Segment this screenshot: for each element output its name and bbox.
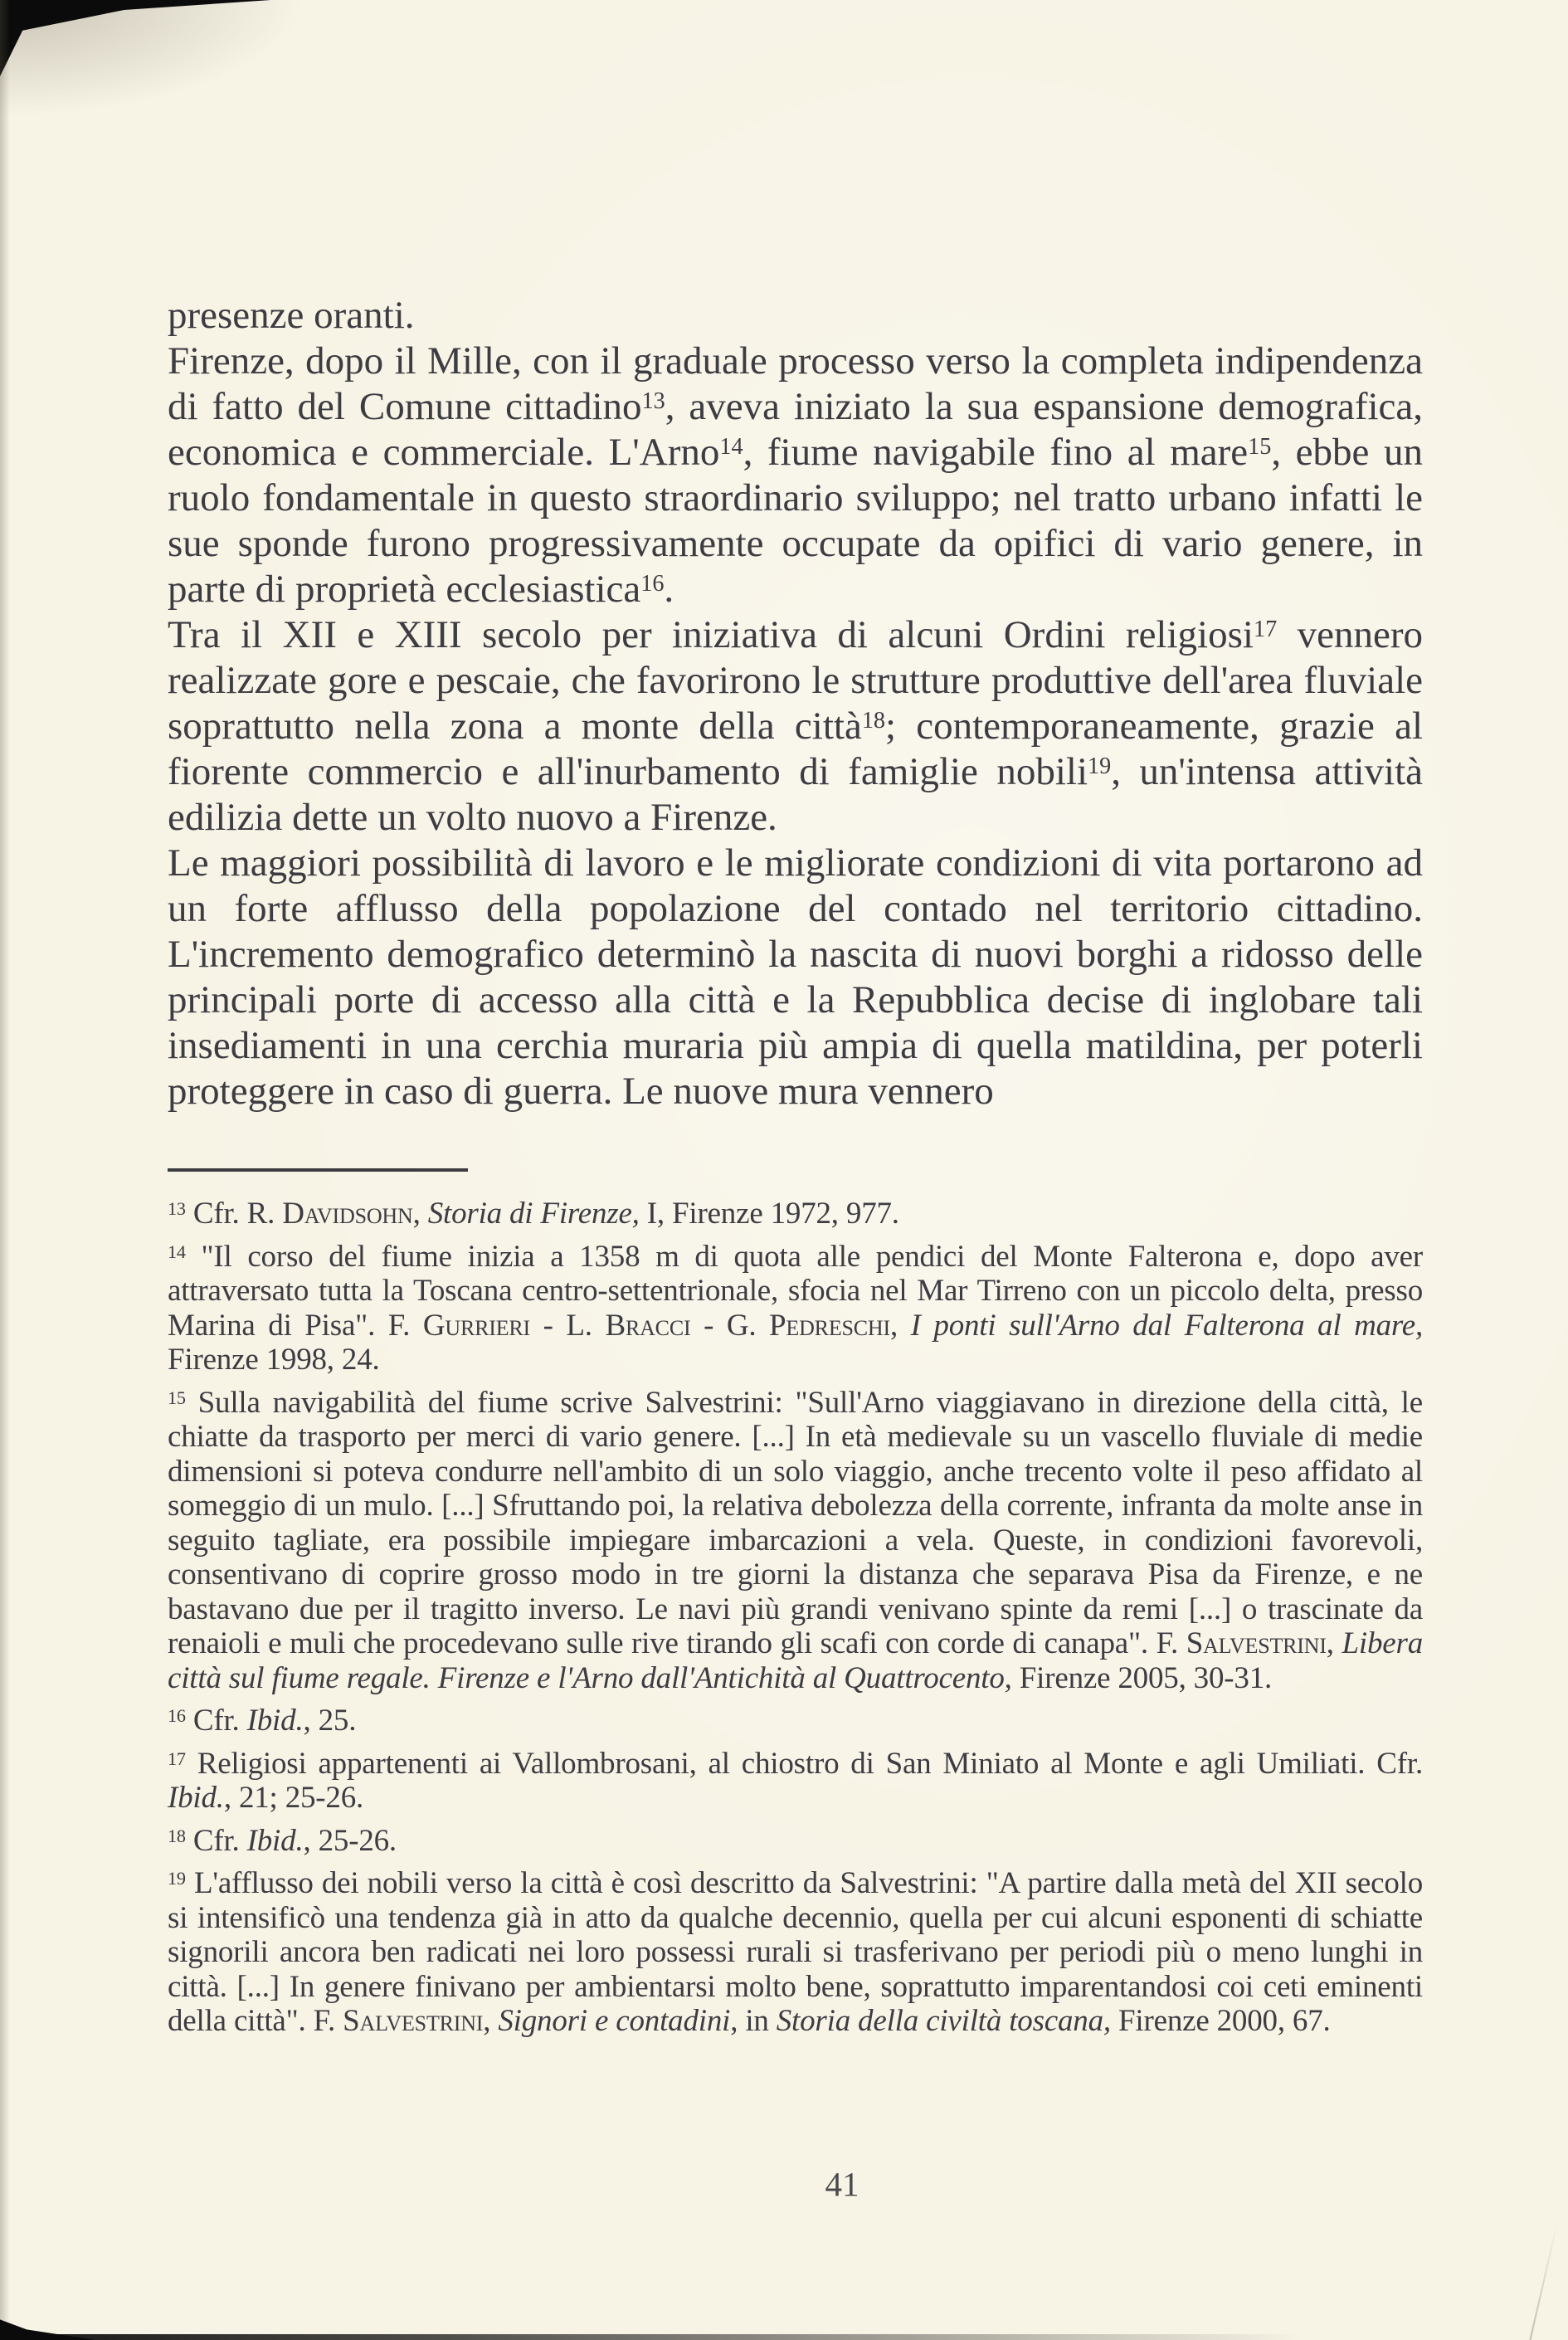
footnote: 15 Sulla navigabilità del fiume scrive S… xyxy=(168,1386,1423,1696)
paper-crease xyxy=(1528,2224,1558,2340)
footnote: 17 Religiosi appartenenti ai Vallombrosa… xyxy=(168,1747,1423,1816)
body-paragraph: Le maggiori possibilità di lavoro e le m… xyxy=(168,841,1423,1114)
scan-edge-bottom xyxy=(0,2334,1303,2340)
body-paragraph: presenze oranti. xyxy=(168,293,1423,339)
body-paragraph: Firenze, dopo il Mille, con il graduale … xyxy=(168,339,1423,612)
footnote: 13 Cfr. R. Davidsohn, Storia di Firenze,… xyxy=(168,1197,1423,1231)
footnotes-block: 13 Cfr. R. Davidsohn, Storia di Firenze,… xyxy=(168,1197,1423,2047)
footnote: 14 "Il corso del fiume inizia a 1358 m d… xyxy=(168,1240,1423,1377)
main-text-block: presenze oranti.Firenze, dopo il Mille, … xyxy=(168,293,1423,1114)
scan-edge-top-left xyxy=(0,0,282,76)
page-number: 41 xyxy=(792,2164,892,2204)
scan-shadow-top-left xyxy=(0,0,465,183)
scan-edge-left xyxy=(0,0,10,2340)
footnote: 18 Cfr. Ibid., 25-26. xyxy=(168,1824,1423,1859)
footnote-separator xyxy=(168,1168,468,1172)
footnote: 16 Cfr. Ibid., 25. xyxy=(168,1704,1423,1738)
body-paragraph: Tra il XII e XIII secolo per iniziativa … xyxy=(168,612,1423,841)
footnote: 19 L'afflusso dei nobili verso la città … xyxy=(168,1866,1423,2039)
